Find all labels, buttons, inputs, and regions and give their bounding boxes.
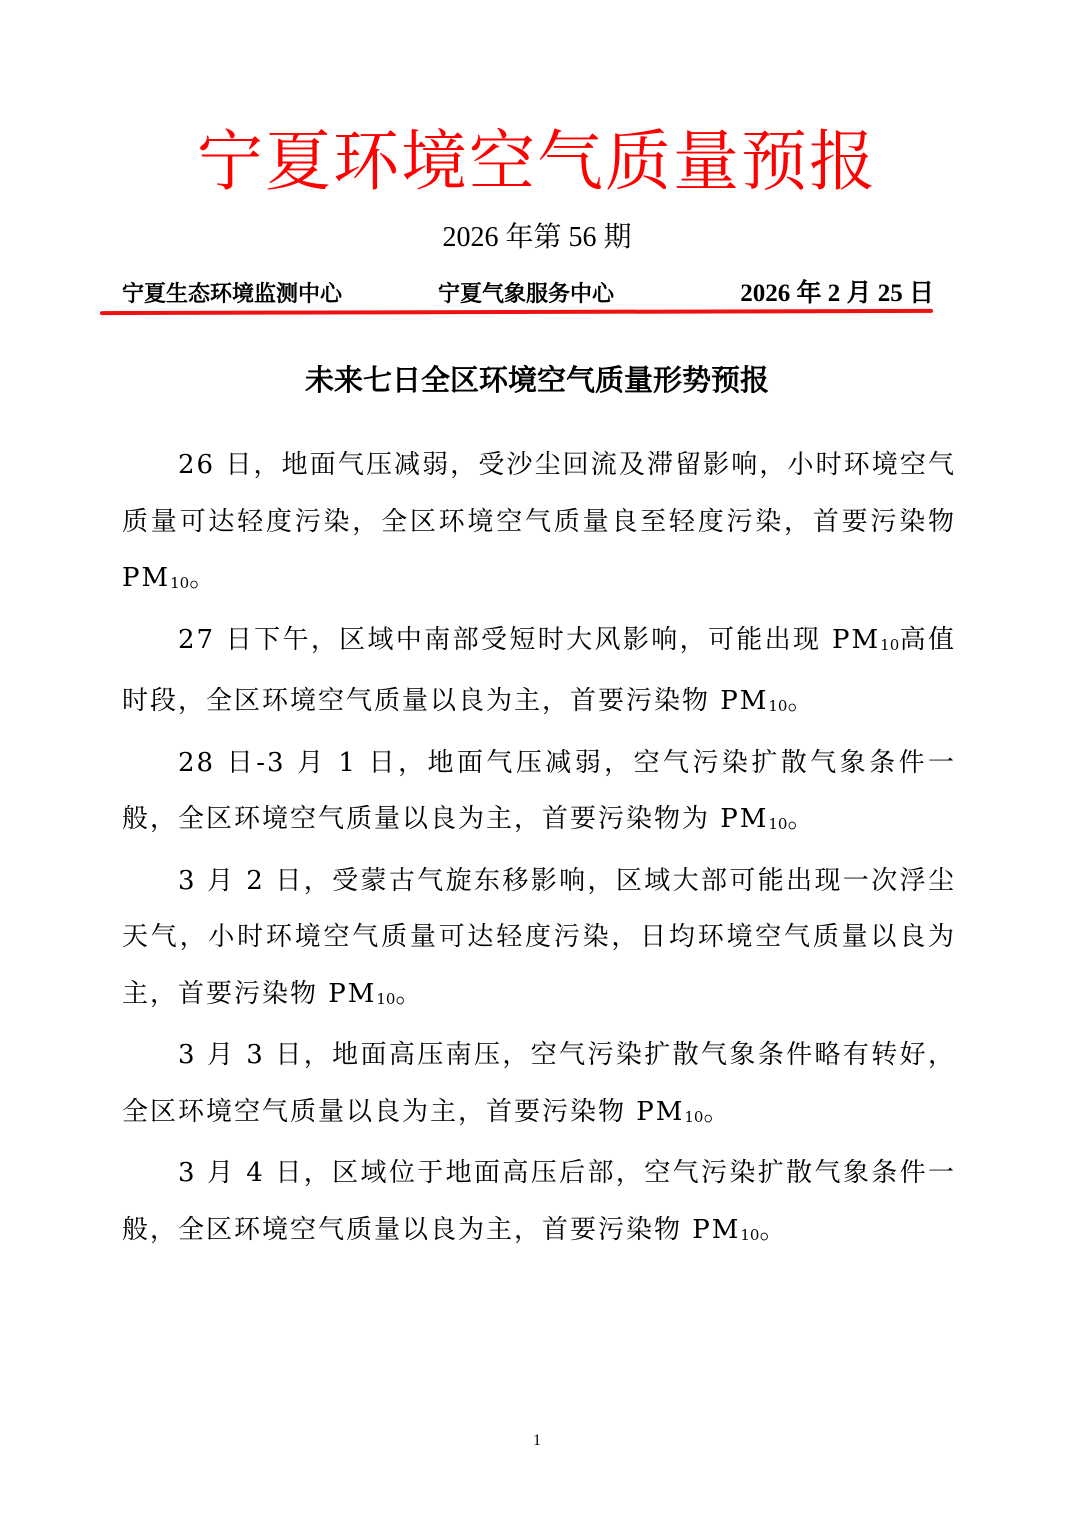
page-number: 1 xyxy=(0,1432,1074,1450)
paragraph-day-26: 26 日，地面气压减弱，受沙尘回流及滞留影响，小时环境空气质量可达轻度污染，全区… xyxy=(122,437,956,612)
publish-date: 2026 年 2 月 25 日 xyxy=(740,276,934,312)
paragraph-mar-2: 3 月 2 日，受蒙古气旋东移影响，区域大部可能出现一次浮尘天气，小时环境空气质… xyxy=(122,853,956,1028)
forecast-body: 26 日，地面气压减弱，受沙尘回流及滞留影响，小时环境空气质量可达轻度污染，全区… xyxy=(122,437,956,1263)
issue-number: 2026 年第 56 期 xyxy=(0,218,1074,258)
masthead-title: 宁夏环境空气质量预报 xyxy=(0,122,1074,202)
paragraph-mar-3: 3 月 3 日，地面高压南压，空气污染扩散气象条件略有转好，全区环境空气质量以良… xyxy=(122,1027,956,1145)
paragraph-day-27: 27 日下午，区域中南部受短时大风影响，可能出现 PM10高值时段，全区环境空气… xyxy=(122,612,956,735)
publisher-ecology-center: 宁夏生态环境监测中心 xyxy=(122,276,342,312)
paragraph-mar-4: 3 月 4 日，区域位于地面高压后部，空气污染扩散气象条件一般，全区环境空气质量… xyxy=(122,1145,956,1263)
red-divider xyxy=(100,309,933,315)
paragraph-day-28-to-mar-1: 28 日-3 月 1 日，地面气压减弱，空气污染扩散气象条件一般，全区环境空气质… xyxy=(122,735,956,853)
publisher-meteorology-center: 宁夏气象服务中心 xyxy=(438,276,614,312)
publisher-row: 宁夏生态环境监测中心 宁夏气象服务中心 2026 年 2 月 25 日 xyxy=(122,276,934,312)
section-title: 未来七日全区环境空气质量形势预报 xyxy=(0,358,1074,402)
